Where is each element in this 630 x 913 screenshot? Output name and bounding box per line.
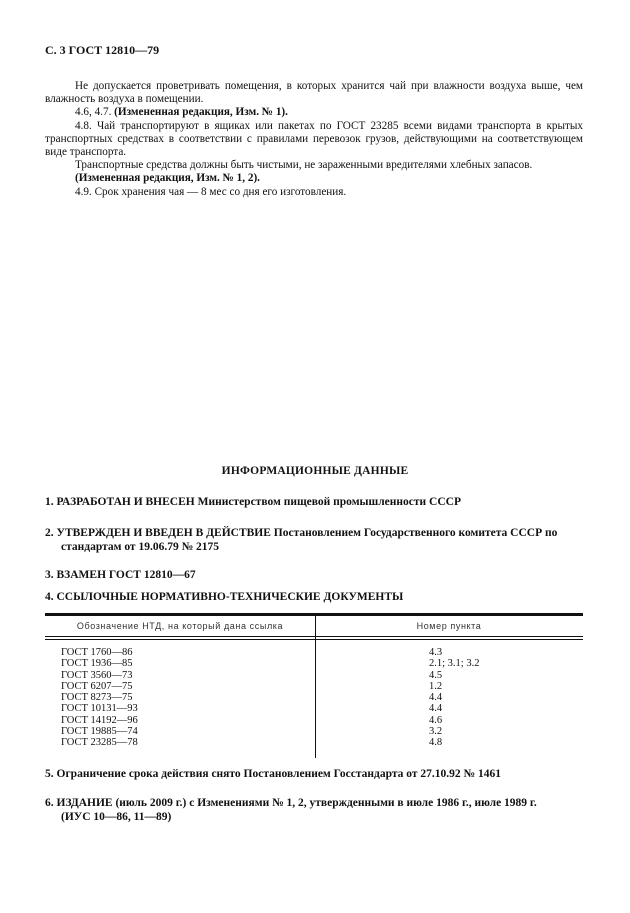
clause-cell: 4.5 [429, 670, 442, 681]
table-row: ГОСТ 1760—864.3 [45, 647, 583, 658]
clause-cell: 4.4 [429, 692, 442, 703]
table-row: ГОСТ 10131—934.4 [45, 703, 583, 714]
doc-cell: ГОСТ 6207—75 [61, 681, 133, 692]
doc-cell: ГОСТ 3560—73 [61, 670, 133, 681]
info-title: ИНФОРМАЦИОННЫЕ ДАННЫЕ [0, 465, 630, 477]
amendment-note-2: (Измененная редакция, Изм. № 1, 2). [45, 172, 583, 185]
info-item-6: 6. ИЗДАНИЕ (июль 2009 г.) с Изменениями … [45, 796, 585, 824]
doc-cell: ГОСТ 23285—78 [61, 737, 138, 748]
doc-cell: ГОСТ 1936—85 [61, 658, 133, 669]
table-top-rule [45, 613, 583, 616]
clause-cell: 4.6 [429, 715, 442, 726]
info-item-2-line1: 2. УТВЕРЖДЕН И ВВЕДЕН В ДЕЙСТВИЕ Постано… [45, 527, 557, 539]
info-item-5: 5. Ограничение срока действия снято Пост… [45, 767, 585, 781]
clause-cell: 2.1; 3.1; 3.2 [429, 658, 479, 669]
doc-cell: ГОСТ 10131—93 [61, 703, 138, 714]
info-item-4: 4. ССЫЛОЧНЫЕ НОРМАТИВНО-ТЕХНИЧЕСКИЕ ДОКУ… [45, 590, 585, 604]
doc-cell: ГОСТ 14192—96 [61, 715, 138, 726]
info-item-6-line1: 6. ИЗДАНИЕ (июль 2009 г.) с Изменениями … [45, 797, 537, 809]
table-row: ГОСТ 19885—743.2 [45, 726, 583, 737]
table-row: ГОСТ 8273—754.4 [45, 692, 583, 703]
paragraph-vehicles: Транспортные средства должны быть чистым… [45, 159, 583, 172]
table-row: ГОСТ 6207—751.2 [45, 681, 583, 692]
table-row: ГОСТ 1936—852.1; 3.1; 3.2 [45, 658, 583, 669]
clause-cell: 4.4 [429, 703, 442, 714]
table-row: ГОСТ 14192—964.6 [45, 715, 583, 726]
table-row: ГОСТ 23285—784.8 [45, 737, 583, 748]
info-item-2-line2: стандартам от 19.06.79 № 2175 [45, 540, 585, 554]
doc-cell: ГОСТ 19885—74 [61, 726, 138, 737]
clause-cell: 1.2 [429, 681, 442, 692]
doc-cell: ГОСТ 8273—75 [61, 692, 133, 703]
info-item-1: 1. РАЗРАБОТАН И ВНЕСЕН Министерством пищ… [45, 495, 585, 509]
info-item-2: 2. УТВЕРЖДЕН И ВВЕДЕН В ДЕЙСТВИЕ Постано… [45, 526, 585, 554]
paragraph-transport: 4.8. Чай транспортируют в ящиках или пак… [45, 120, 583, 160]
body-section: Не допускается проветривать помещения, в… [45, 80, 583, 199]
clause-cell: 4.3 [429, 647, 442, 658]
table-row: ГОСТ 3560—734.5 [45, 670, 583, 681]
info-item-3: 3. ВЗАМЕН ГОСТ 12810—67 [45, 568, 585, 582]
info-item-6-line2: (ИУС 10—86, 11—89) [45, 810, 585, 824]
doc-cell: ГОСТ 1760—86 [61, 647, 133, 658]
paragraph-amendment-1: 4.6, 4.7. (Измененная редакция, Изм. № 1… [45, 106, 583, 119]
amendment-note: (Измененная редакция, Изм. № 1). [114, 106, 288, 118]
clause-cell: 4.8 [429, 737, 442, 748]
table-header-rule [45, 639, 583, 640]
table-body: ГОСТ 1760—864.3 ГОСТ 1936—852.1; 3.1; 3.… [45, 647, 583, 749]
page-header: С. 3 ГОСТ 12810—79 [45, 43, 159, 58]
table-header-rule [45, 636, 583, 637]
paragraph-shelf-life: 4.9. Срок хранения чая — 8 мес со дня ег… [45, 186, 583, 199]
table-header-clause: Номер пункта [315, 621, 583, 631]
table-header-document: Обозначение НТД, на который дана ссылка [45, 621, 315, 631]
paragraph-ventilation: Не допускается проветривать помещения, в… [45, 80, 583, 106]
clause-cell: 3.2 [429, 726, 442, 737]
clause-numbers: 4.6, 4.7. [75, 106, 111, 118]
